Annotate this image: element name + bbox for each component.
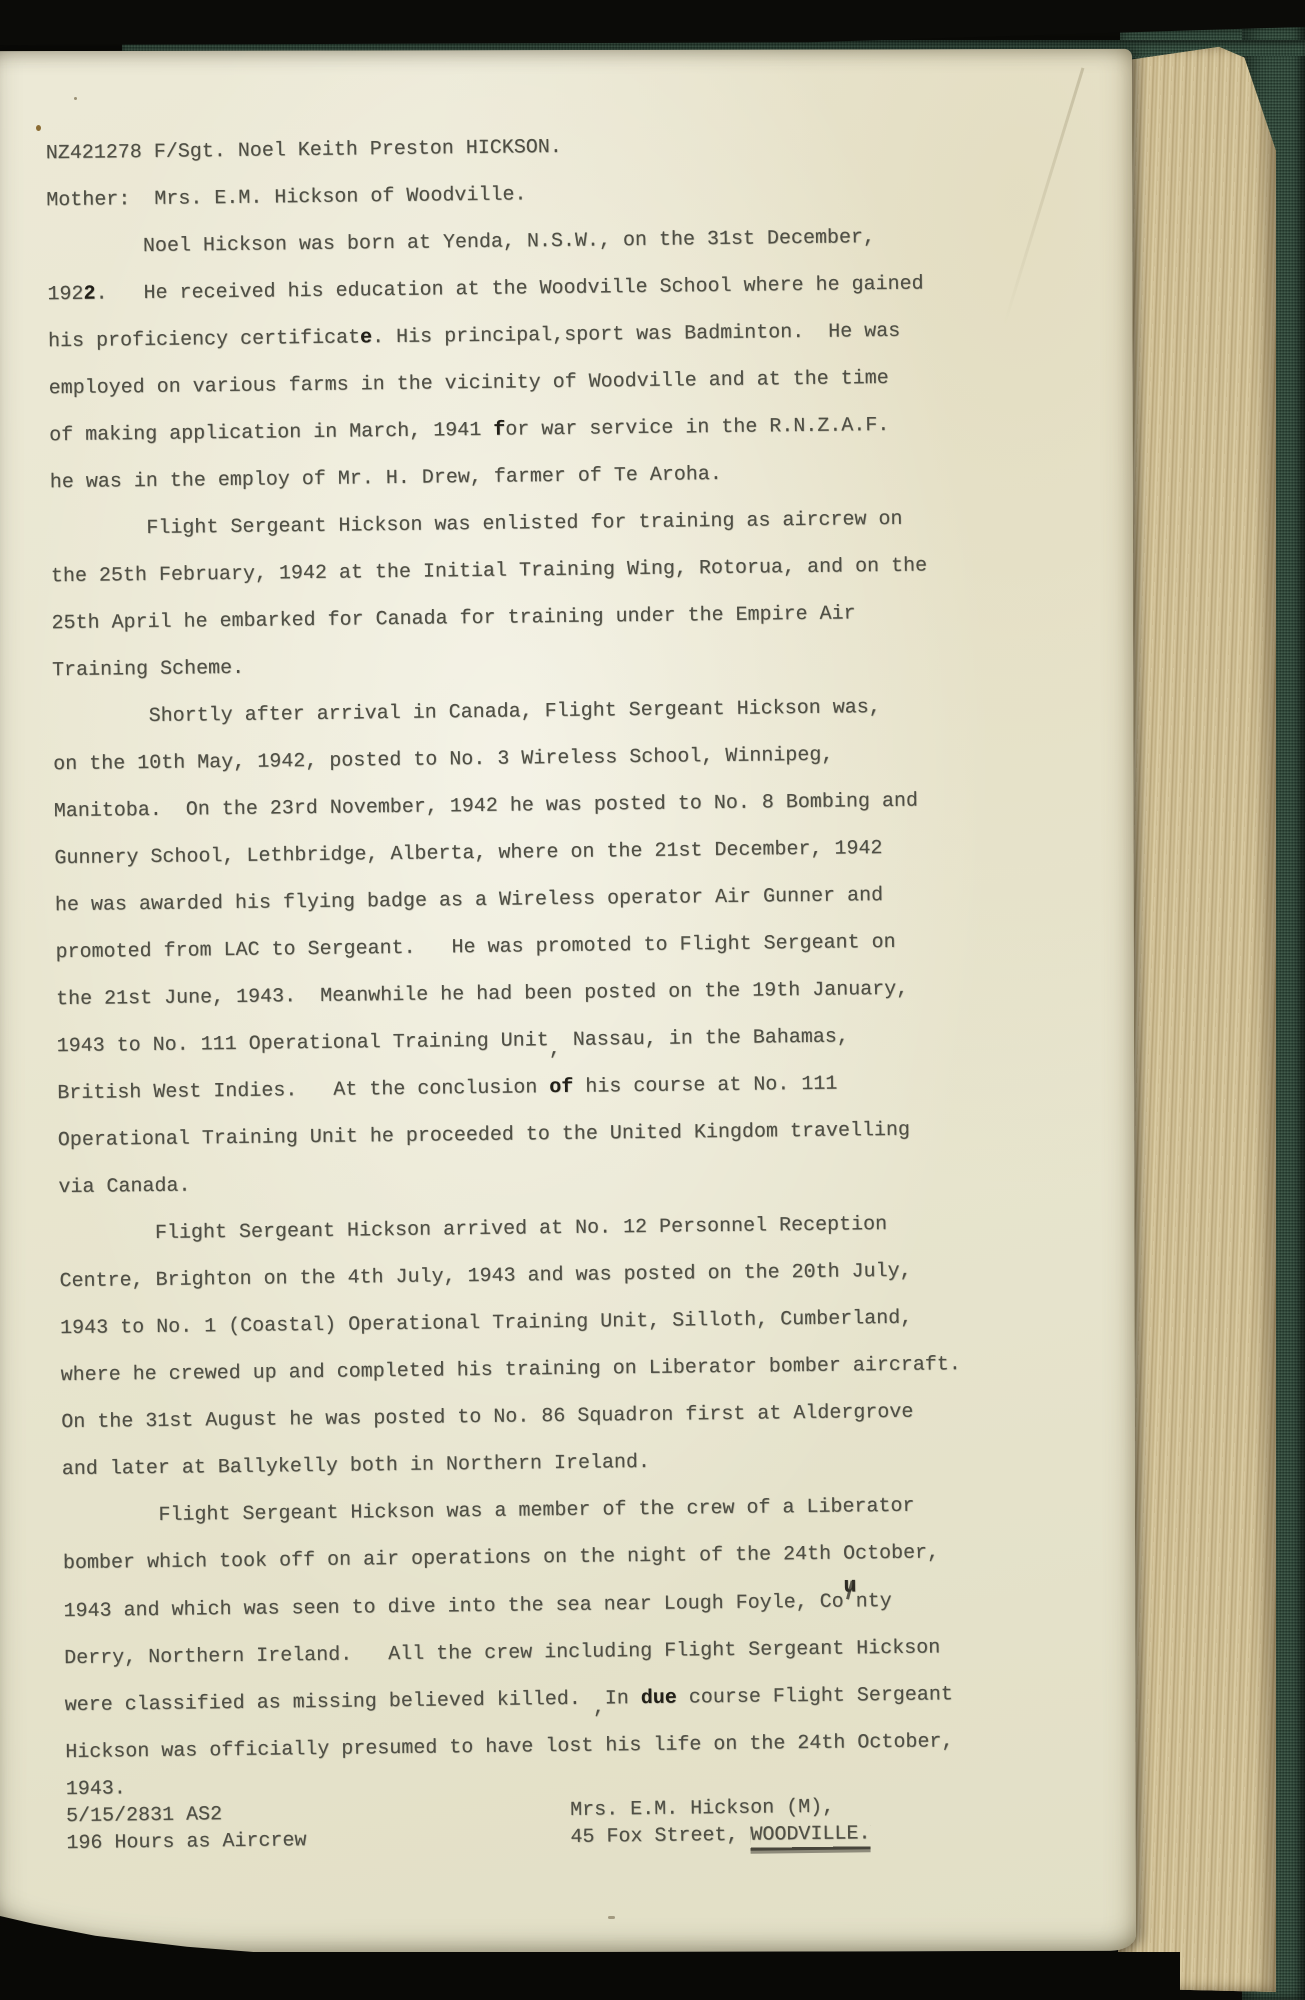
- typed-segment: or war service in the R.N.Z.A.F.: [505, 414, 889, 442]
- typed-segment: he was in the employ of Mr. H. Drew, far…: [50, 463, 722, 494]
- paper-speck: [36, 125, 41, 131]
- typed-segment: [306, 1826, 570, 1852]
- typed-segment: employed on various farms in the vicinit…: [49, 367, 889, 400]
- typed-segment: 1943.: [66, 1777, 126, 1801]
- typed-segment: Manitoba. On the 23rd November, 1942 he …: [54, 790, 918, 824]
- typed-segment: were classified as missing believed kill…: [65, 1688, 593, 1717]
- scanned-book-page: NZ421278 F/Sgt. Noel Keith Preston HICKS…: [0, 0, 1305, 2000]
- typed-segment: he was awarded his flying badge as a Wir…: [55, 884, 883, 917]
- typed-segment: . His principal,sport was Badminton. He …: [372, 320, 900, 349]
- typed-segment: Nassau, in the Bahamas,: [561, 1026, 849, 1053]
- typed-segment: Flight Sergeant Hickson was enlisted for…: [50, 508, 902, 541]
- typed-segment: 1943 to No. 111 Operational Training Uni…: [57, 1029, 549, 1058]
- typed-segment: of making application in March, 1941: [49, 419, 493, 447]
- typed-segment: 45 Fox Street,: [570, 1824, 750, 1849]
- typed-segment: the 21st June, 1943. Meanwhile he had be…: [56, 978, 908, 1011]
- typed-segment: Training Scheme.: [52, 657, 244, 682]
- paper-mark: [608, 1916, 615, 1919]
- typed-segment: bomber which took off on air operations …: [63, 1541, 939, 1575]
- typed-segment: the 25th February, 1942 at the Initial T…: [51, 555, 927, 589]
- typed-segment: Mrs. E.M. Hickson (M),: [570, 1796, 834, 1822]
- handwritten-u-annotation: u: [843, 1562, 856, 1609]
- typed-segment: [222, 1799, 570, 1826]
- typed-segment: promoted from LAC to Sergeant. He was pr…: [55, 931, 895, 964]
- typed-segment: on the 10th May, 1942, posted to No. 3 W…: [53, 744, 833, 777]
- typed-segment: 25th April he embarked for Canada for tr…: [51, 602, 855, 635]
- typed-segment: course Flight Sergeant: [677, 1683, 953, 1709]
- typed-segment: where he crewed up and completed his tra…: [61, 1353, 961, 1387]
- typed-segment: 5/15/2831 AS2: [66, 1803, 222, 1828]
- typed-segment: 1943 to No. 1 (Coastal) Operational Trai…: [60, 1307, 912, 1340]
- overstruck-text: 2: [83, 283, 95, 306]
- misaligned-comma: ,: [549, 1038, 561, 1061]
- typed-segment: nty: [856, 1590, 892, 1613]
- typed-segment: via Canada.: [58, 1175, 190, 1200]
- typed-segment: Hickson was officially presumed to have …: [65, 1730, 953, 1764]
- paper-speck: [74, 97, 77, 100]
- overstruck-text: e: [360, 326, 372, 349]
- typed-segment: In: [605, 1687, 641, 1710]
- typed-segment: On the 31st August he was posted to No. …: [61, 1401, 913, 1434]
- typed-segment: his course at No. 111: [573, 1073, 837, 1099]
- scan-background-bottom: [0, 1952, 1180, 2000]
- typed-segment: his proficiency certificat: [48, 326, 360, 353]
- typed-segment: and later at Ballykelly both in Northern…: [62, 1451, 650, 1481]
- typed-segment: Centre, Brighton on the 4th July, 1943 a…: [59, 1260, 911, 1293]
- typed-text: NZ421278 F/Sgt. Noel Keith Preston HICKS…: [45, 118, 1078, 1857]
- typed-segment: Flight Sergeant Hickson was a member of …: [62, 1495, 914, 1528]
- overstruck-text: f: [493, 419, 505, 442]
- typed-segment: Mother: Mrs. E.M. Hickson of Woodville.: [46, 183, 526, 212]
- typed-segment: NZ421278 F/Sgt. Noel Keith Preston HICKS…: [46, 136, 562, 165]
- typed-segment: Noel Hickson was born at Yenda, N.S.W., …: [47, 226, 875, 259]
- typed-segment: Operational Training Unit he proceeded t…: [58, 1119, 910, 1152]
- typed-segment: 196 Hours as Aircrew: [66, 1829, 306, 1855]
- page-stack-fore-edge: [1118, 44, 1276, 1992]
- overstruck-text: of: [549, 1076, 573, 1099]
- typed-segment: Derry, Northern Ireland. All the crew in…: [64, 1636, 940, 1670]
- typed-segment: Flight Sergeant Hickson arrived at No. 1…: [59, 1213, 887, 1246]
- overstruck-text: due: [641, 1687, 677, 1710]
- typed-segment: 1943 and which was seen to dive into the…: [63, 1591, 843, 1624]
- typed-segment: British West Indies. At the conclusion: [57, 1076, 549, 1105]
- typed-segment: 192: [47, 283, 83, 306]
- typed-segment: Gunnery School, Lethbridge, Alberta, whe…: [54, 837, 882, 870]
- typed-segment: Shortly after arrival in Canada, Flight …: [53, 696, 881, 729]
- misaligned-comma: ,: [593, 1697, 605, 1720]
- typed-segment: . He received his education at the Woodv…: [95, 273, 923, 306]
- underlined-text: WOODVILLE.: [750, 1822, 870, 1847]
